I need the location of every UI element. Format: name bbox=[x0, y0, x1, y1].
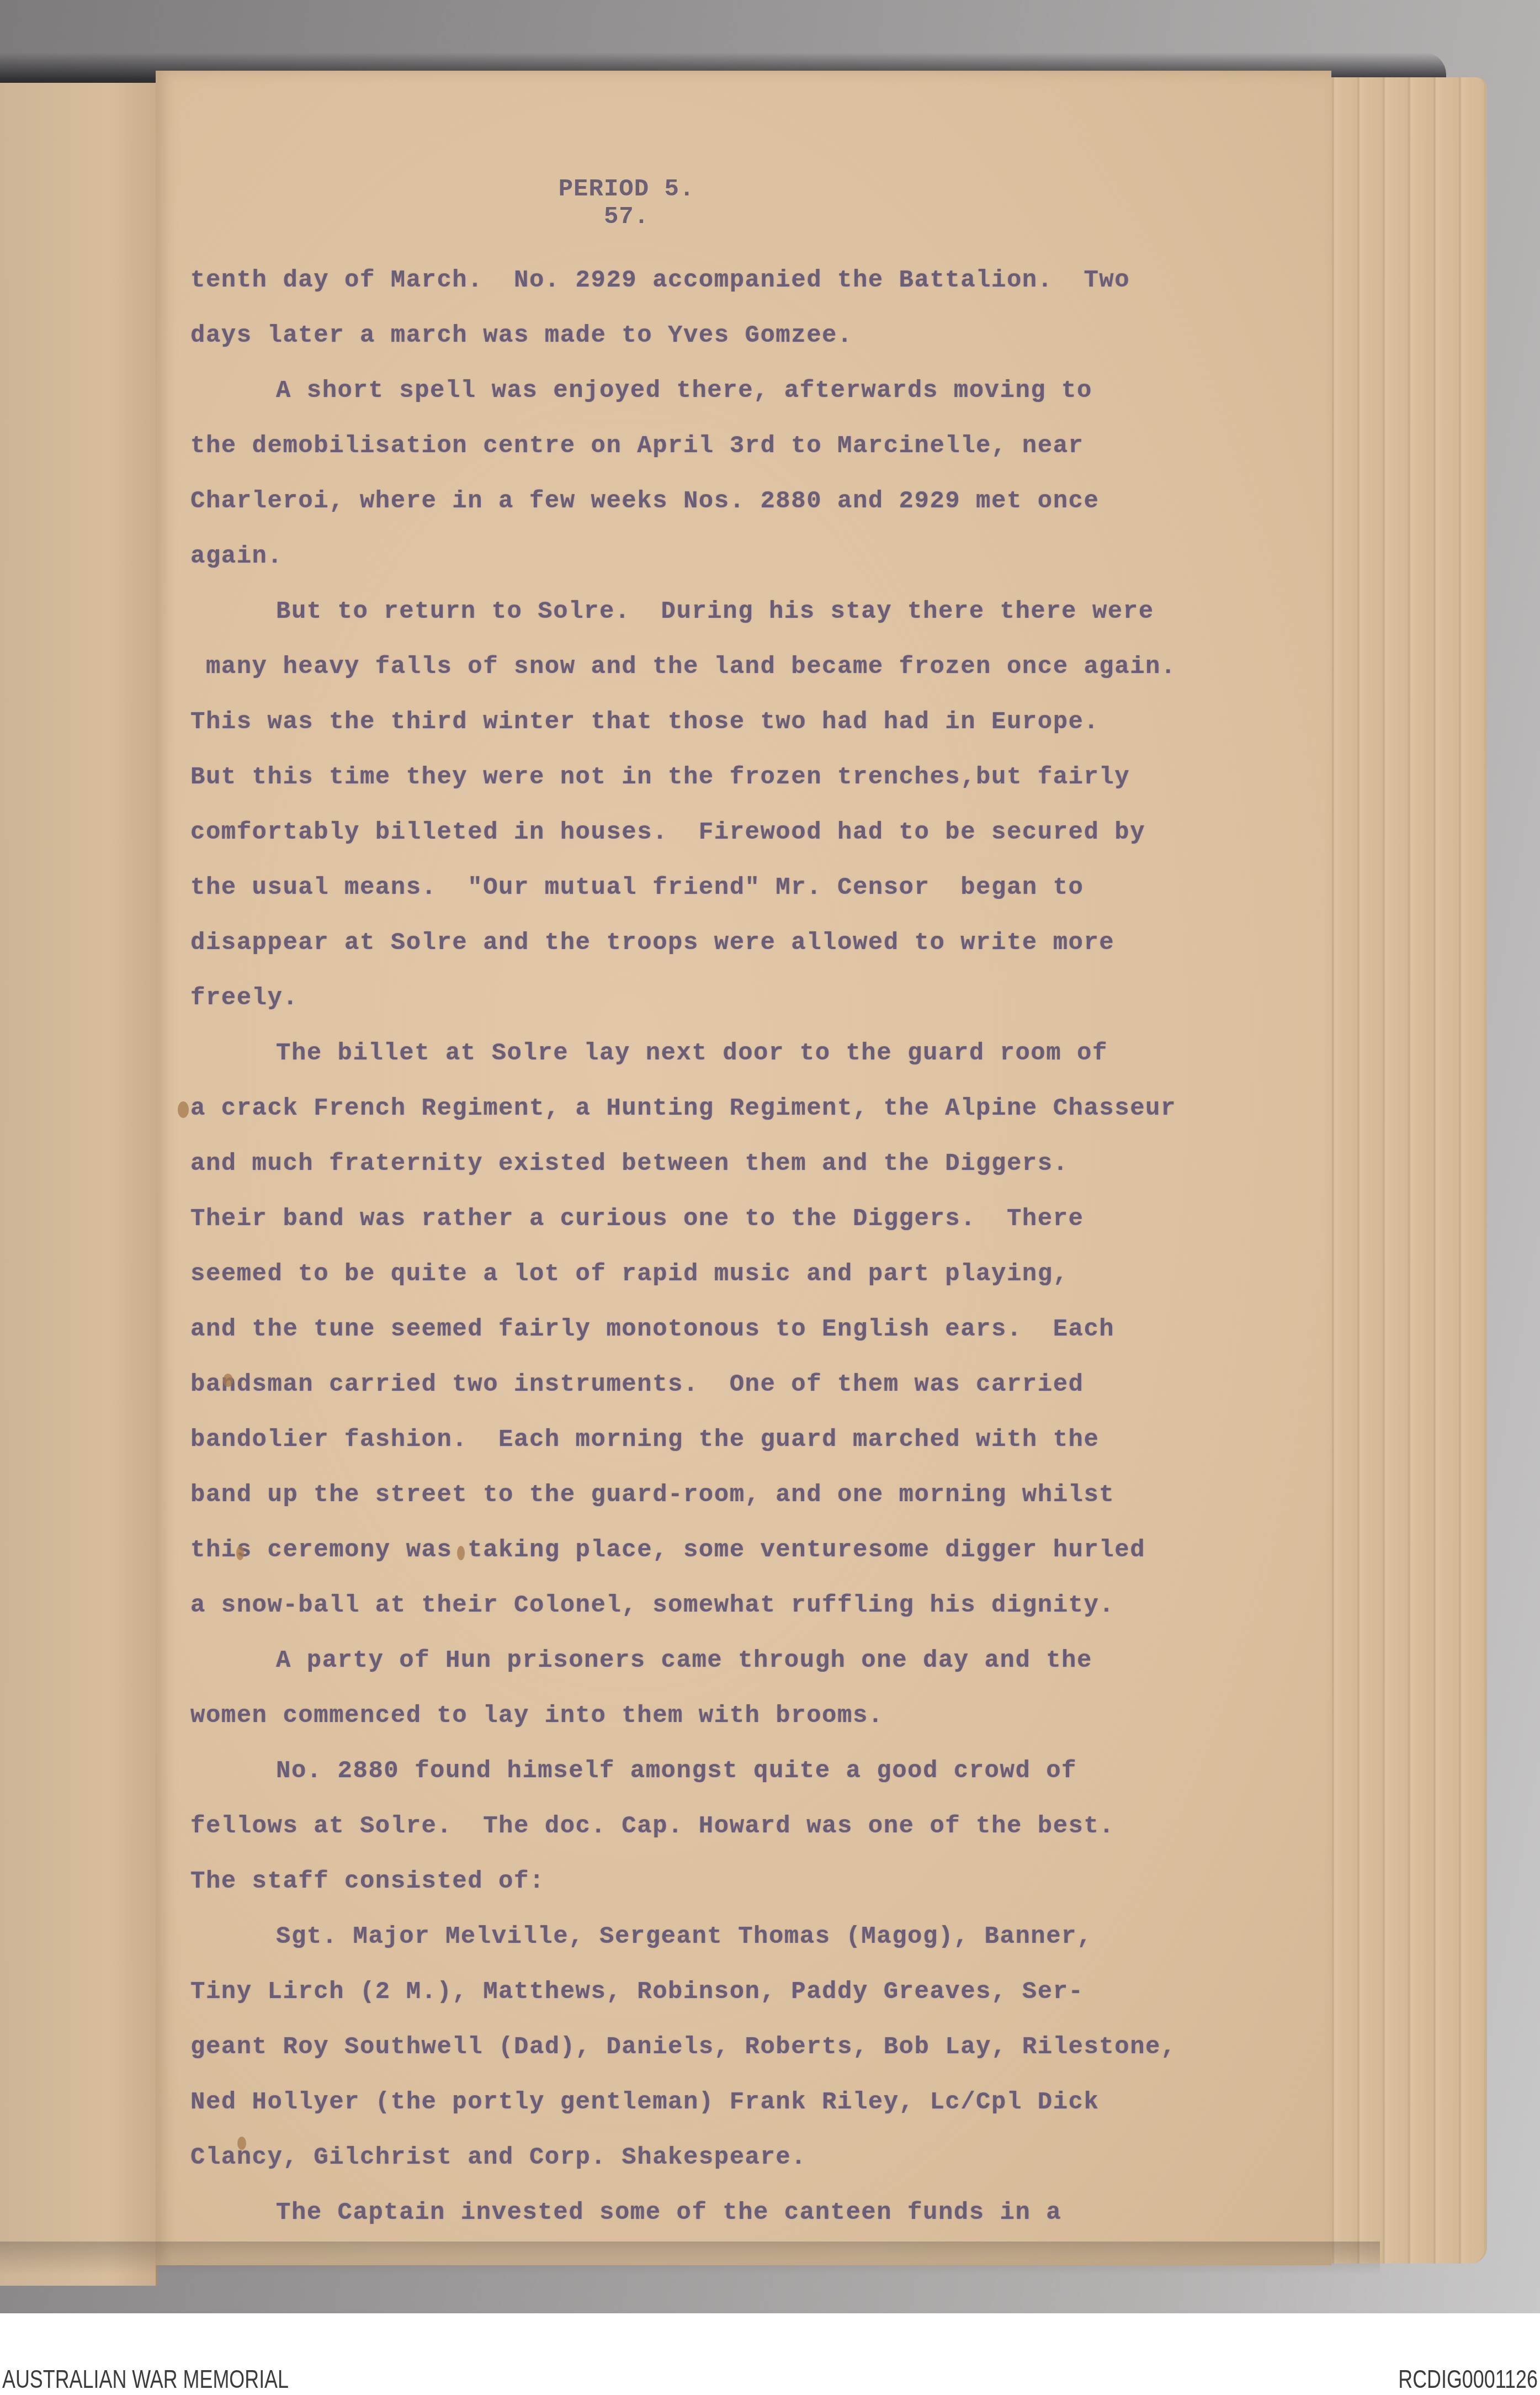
typed-body-text: tenth day of March. No. 2929 accompanied… bbox=[190, 253, 1305, 2240]
scan-image: PERIOD 5. 57. tenth day of March. No. 29… bbox=[0, 0, 1540, 2313]
text-line: The billet at Solre lay next door to the… bbox=[190, 1026, 1305, 1081]
text-line: a snow-ball at their Colonel, somewhat r… bbox=[190, 1578, 1305, 1633]
stain-mark bbox=[223, 1374, 233, 1387]
text-line: bandolier fashion. Each morning the guar… bbox=[190, 1412, 1305, 1467]
text-line: bandsman carried two instruments. One of… bbox=[190, 1357, 1305, 1412]
text-line: freely. bbox=[190, 971, 1305, 1026]
text-line: the demobilisation centre on April 3rd t… bbox=[190, 418, 1305, 474]
text-line: tenth day of March. No. 2929 accompanied… bbox=[190, 253, 1305, 308]
text-line: women commenced to lay into them with br… bbox=[190, 1688, 1305, 1744]
text-line: Charleroi, where in a few weeks Nos. 288… bbox=[190, 474, 1305, 529]
text-line: A party of Hun prisoners came through on… bbox=[190, 1633, 1305, 1688]
text-line: But this time they were not in the froze… bbox=[190, 750, 1305, 805]
text-line: geant Roy Southwell (Dad), Daniels, Robe… bbox=[190, 2020, 1305, 2075]
stain-mark bbox=[457, 1546, 465, 1560]
text-line: The Captain invested some of the canteen… bbox=[190, 2185, 1305, 2240]
page-bottom-shadow bbox=[0, 2242, 1380, 2275]
stain-mark bbox=[237, 2137, 246, 2150]
text-line: Sgt. Major Melville, Sergeant Thomas (Ma… bbox=[190, 1909, 1305, 1964]
text-line: a crack French Regiment, a Hunting Regim… bbox=[190, 1081, 1305, 1136]
page-stack-edges bbox=[1319, 77, 1487, 2264]
text-line: disappear at Solre and the troops were a… bbox=[190, 915, 1305, 971]
text-line: A short spell was enjoyed there, afterwa… bbox=[190, 363, 1305, 418]
stain-mark bbox=[236, 1546, 244, 1560]
text-line: days later a march was made to Yves Gomz… bbox=[190, 308, 1305, 363]
text-line: and much fraternity existed between them… bbox=[190, 1136, 1305, 1191]
left-page-edge bbox=[0, 83, 157, 2286]
text-line: Ned Hollyer (the portly gentleman) Frank… bbox=[190, 2075, 1305, 2130]
text-line: comfortably billeted in houses. Firewood… bbox=[190, 805, 1305, 860]
record-id: RCDIG0001126 bbox=[1398, 2364, 1538, 2394]
text-line: But to return to Solre. During his stay … bbox=[190, 584, 1305, 639]
period-title: PERIOD 5. bbox=[538, 176, 715, 203]
text-line: No. 2880 found himself amongst quite a g… bbox=[190, 1744, 1305, 1799]
text-line: This was the third winter that those two… bbox=[190, 695, 1305, 750]
text-line: seemed to be quite a lot of rapid music … bbox=[190, 1247, 1305, 1302]
page-number: 57. bbox=[538, 203, 715, 231]
text-line: band up the street to the guard-room, an… bbox=[190, 1467, 1305, 1523]
footer-bar: AUSTRALIAN WAR MEMORIAL RCDIG0001126 bbox=[0, 2313, 1540, 2395]
institution-label: AUSTRALIAN WAR MEMORIAL bbox=[2, 2364, 289, 2394]
text-line: the usual means. "Our mutual friend" Mr.… bbox=[190, 860, 1305, 915]
page-heading: PERIOD 5. 57. bbox=[538, 176, 715, 231]
text-line: Clancy, Gilchrist and Corp. Shakespeare. bbox=[190, 2130, 1305, 2185]
text-line: again. bbox=[190, 529, 1305, 584]
text-line: this ceremony was taking place, some ven… bbox=[190, 1523, 1305, 1578]
stain-mark bbox=[178, 1101, 189, 1118]
text-line: Their band was rather a curious one to t… bbox=[190, 1191, 1305, 1247]
text-line: Tiny Lirch (2 M.), Matthews, Robinson, P… bbox=[190, 1964, 1305, 2020]
text-line: fellows at Solre. The doc. Cap. Howard w… bbox=[190, 1799, 1305, 1854]
text-line: and the tune seemed fairly monotonous to… bbox=[190, 1302, 1305, 1357]
text-line: many heavy falls of snow and the land be… bbox=[190, 639, 1305, 695]
text-line: The staff consisted of: bbox=[190, 1854, 1305, 1909]
